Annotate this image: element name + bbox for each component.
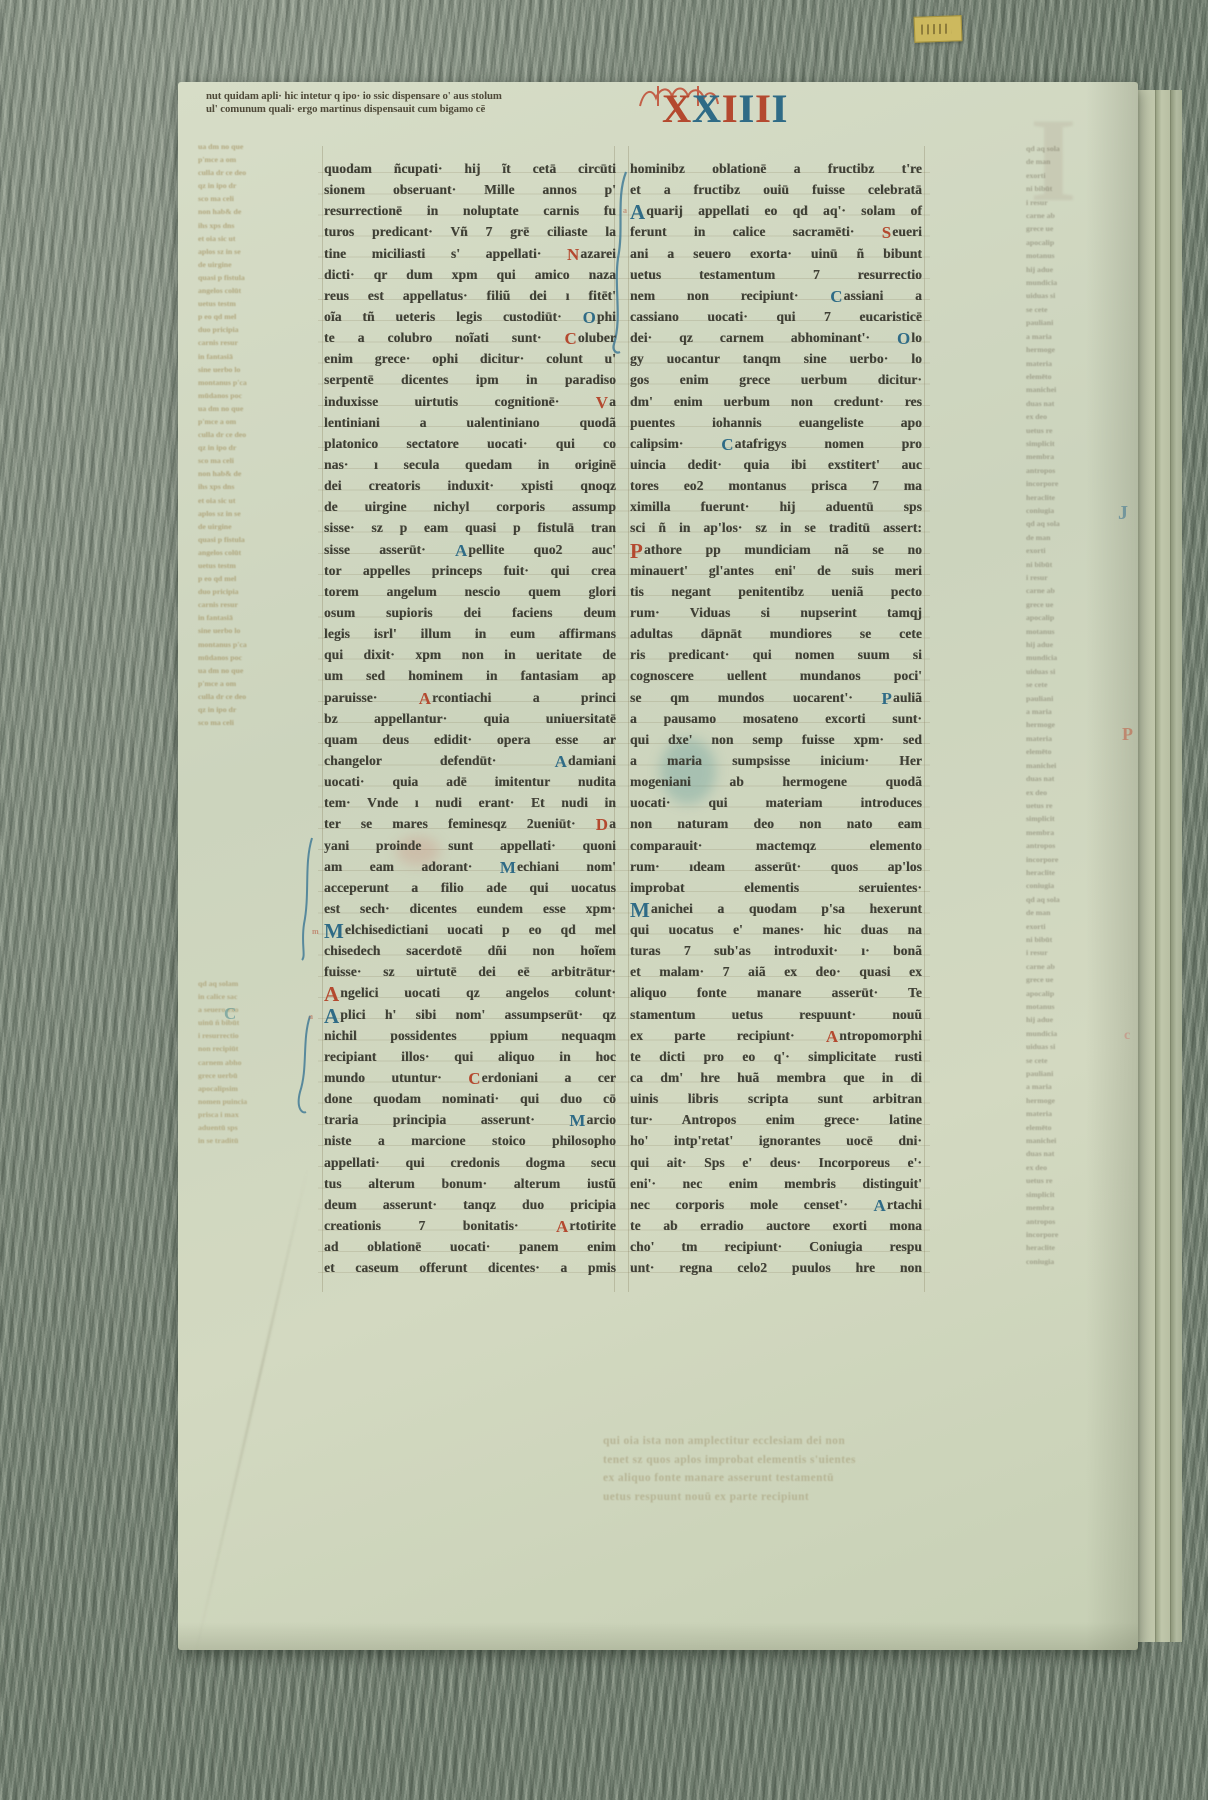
gloss-line: angelos colūt xyxy=(198,546,290,559)
gloss-line: coniugia xyxy=(1026,1255,1130,1268)
gloss-line: hermoge xyxy=(1026,1094,1130,1107)
gloss-line: coniugia xyxy=(1026,879,1130,892)
gloss-line: ex deo xyxy=(1026,786,1130,799)
gloss-line: et oia sic ut xyxy=(198,494,290,507)
gloss-line: membra xyxy=(1026,1201,1130,1214)
manuscript-text-line: Aquarij appellati eo qd aq'· solam of xyxy=(630,200,922,221)
gloss-line: exorti xyxy=(1026,169,1130,182)
manuscript-text-line: appellati· qui credonis dogma secu xyxy=(324,1152,616,1173)
gloss-line: ex deo xyxy=(1026,410,1130,423)
bottom-edge-shadow xyxy=(178,1622,1138,1650)
manuscript-text-line: mogeniani ab hermogene quodã xyxy=(630,771,922,792)
gloss-line: de man xyxy=(1026,906,1130,919)
gloss-line: incorpore xyxy=(1026,477,1130,490)
gloss-line: duo pricipia xyxy=(198,323,290,336)
parchment-leaf: nut quidam apli· hic intetur q ipo· io s… xyxy=(178,82,1138,1650)
decorated-initial: C xyxy=(468,1069,481,1088)
gloss-line: prisca i max xyxy=(198,1108,290,1121)
gloss-line: carne ab xyxy=(1026,960,1130,973)
gloss-line: apocalip xyxy=(1026,236,1130,249)
gloss-line: a seuero exo xyxy=(198,1003,290,1016)
gloss-line: pauliani xyxy=(1026,316,1130,329)
decorated-initial: A xyxy=(874,1196,887,1215)
manuscript-text-line: ter se mares feminesqz 2ueniūt· Da xyxy=(324,813,616,834)
decorated-initial: C xyxy=(565,329,578,348)
manuscript-text-line: cassiano uocati· qui 7 eucaristicē xyxy=(630,306,922,327)
gloss-line: in fantasiā xyxy=(198,611,290,624)
manuscript-text-line: lentiniani a ualentiniano quodã xyxy=(324,412,616,433)
manuscript-photo: nut quidam apli· hic intetur q ipo· io s… xyxy=(0,0,1208,1800)
gloss-line: montanus p'ca xyxy=(198,638,290,651)
manuscript-text-line: et caseum offerunt dicentes· a pmis xyxy=(324,1257,616,1278)
text-column-left: quodam ñcupati· hij ĩt cetā circūtisione… xyxy=(324,158,616,1278)
manuscript-text-line: tor appelles princeps fuit· qui crea xyxy=(324,560,616,581)
gloss-line: manichei xyxy=(1026,1134,1130,1147)
folio-numeral-letter: X xyxy=(662,88,692,130)
gloss-line: p eo qd mel xyxy=(198,310,290,323)
manuscript-text-line: Melchisedictiani uocati p eo qd mel xyxy=(324,919,616,940)
manuscript-text-line: uinis libris scripta sunt arbitran xyxy=(630,1088,922,1109)
gloss-line: antropos xyxy=(1026,1215,1130,1228)
gloss-line: uetus re xyxy=(1026,799,1130,812)
gloss-line: apocalipsim xyxy=(198,1082,290,1095)
gloss-line: angelos colūt xyxy=(198,284,290,297)
manuscript-text-line: tus alterum bonum· alterum iustũ xyxy=(324,1173,616,1194)
manuscript-text-line: gos enim grece uerbum dicitur· xyxy=(630,369,922,390)
manuscript-text-line: qui dxe' non semp fuisse xpm· sed xyxy=(630,729,922,750)
folio-numeral-letter: I xyxy=(755,88,772,130)
gloss-line: qz in ipo dr xyxy=(198,179,290,192)
folio-numeral-letter: I xyxy=(722,88,739,130)
manuscript-text-line: tem· Vnde ı nudi erant· Et nudi in xyxy=(324,792,616,813)
gloss-line: in se traditū xyxy=(198,1134,290,1147)
gloss-line: hij adue xyxy=(1026,1013,1130,1026)
manuscript-text-line: traria principia asserunt· Marcio xyxy=(324,1109,616,1130)
manuscript-text-line: a maria sumpsisse inicium· Her xyxy=(630,750,922,771)
gloss-line: i resur xyxy=(1026,946,1130,959)
manuscript-text-line: tur· Antropos enim grece· latine xyxy=(630,1109,922,1130)
gloss-line: uetus testm xyxy=(198,297,290,310)
gloss-line: se cete xyxy=(1026,1054,1130,1067)
gloss-line: carnis resur xyxy=(198,336,290,349)
manuscript-text-line: cho' tm recipiunt· Coniugia respu xyxy=(630,1236,922,1257)
gloss-line: qd aq sola xyxy=(1026,142,1130,155)
manuscript-text-line: sisse· sz p eam quasi p fistulā tran xyxy=(324,517,616,538)
manuscript-text-line: te dicti pro eo q'· simplicitate rusti xyxy=(630,1046,922,1067)
gloss-line: grece ue xyxy=(1026,598,1130,611)
decorated-initial: A xyxy=(419,689,432,708)
gloss-line: qui oia ista non amplectitur ecclesiam d… xyxy=(603,1432,1017,1451)
gloss-line: hij adue xyxy=(1026,638,1130,651)
decorated-initial: D xyxy=(596,815,609,834)
manuscript-text-line: minauert' gl'antes eni' de suis meri xyxy=(630,560,922,581)
decorated-initial: P xyxy=(630,539,644,563)
gloss-line: elemēto xyxy=(1026,370,1130,383)
manuscript-text-line: uincia dedit· quia ibi exstitert' auc xyxy=(630,454,922,475)
manuscript-text-line: calipsim· Catafrigys nomen pro xyxy=(630,433,922,454)
manuscript-text-line: dicti· qr dum xpm qui amico naza xyxy=(324,264,616,285)
manuscript-text-line: Aplici h' sibi nom' assumpserūt· qz xyxy=(324,1004,616,1025)
gloss-line: uiduas si xyxy=(1026,289,1130,302)
manuscript-text-line: fuisse· sz uirtutē dei eē arbitrātur· xyxy=(324,961,616,982)
manuscript-text-line: Angelici uocati qz angelos colunt· xyxy=(324,982,616,1003)
initial-flourish xyxy=(294,1012,316,1120)
manuscript-text-line: am eam adorant· Mechiani nom' xyxy=(324,856,616,877)
manuscript-text-line: se qm mundos uocarent'· Pauliã xyxy=(630,687,922,708)
manuscript-text-line: deum asserunt· tanqz duo pricipia xyxy=(324,1194,616,1215)
manuscript-text-line: ani a seuero exorta· uinū ñ bibunt xyxy=(630,243,922,264)
gloss-line: uetus testm xyxy=(198,559,290,572)
gloss-line: in calice sac xyxy=(198,990,290,1003)
manuscript-text-line: rum· ıdeam asserūt· quos ap'los xyxy=(630,856,922,877)
manuscript-text-line: enim grece· ophi dicitur· colunt u' xyxy=(324,348,616,369)
gloss-line: carnis resur xyxy=(198,598,290,611)
gloss-line: quasi p fistula xyxy=(198,533,290,546)
manuscript-text-line: um sed hominem in fantasiam ap xyxy=(324,665,616,686)
gloss-line: elemēto xyxy=(1026,745,1130,758)
decorated-initial: C xyxy=(830,287,843,306)
marginal-gloss-left-upper: ua dm no quep'mce a omculla dr ce deoqz … xyxy=(198,140,290,730)
manuscript-text-line: reus est appellatus· filiũ dei ı fitēt' xyxy=(324,285,616,306)
gloss-line: grece uerbū xyxy=(198,1069,290,1082)
manuscript-text-line: sisse asserūt· Apellite quo2 auc' xyxy=(324,539,616,560)
gloss-line: ua dm no que xyxy=(198,664,290,677)
gloss-line: de uirgine xyxy=(198,520,290,533)
gloss-line: duas nat xyxy=(1026,772,1130,785)
gloss-line: nomen puincia xyxy=(198,1095,290,1108)
decorated-initial: V xyxy=(596,393,609,412)
gloss-line: hermoge xyxy=(1026,718,1130,731)
gloss-line: sco ma celi xyxy=(198,454,290,467)
decorated-initial: M xyxy=(500,858,517,877)
gloss-line: motanus xyxy=(1026,625,1130,638)
gloss-line: uetus respuunt nouū ex parte recipiunt xyxy=(603,1488,1017,1507)
gloss-line: sine uerbo lo xyxy=(198,624,290,637)
manuscript-text-line: done quodam nominati· qui duo cō xyxy=(324,1088,616,1109)
manuscript-text-line: ca dm' hre huã membra que in di xyxy=(630,1067,922,1088)
gloss-line: apocalip xyxy=(1026,611,1130,624)
gloss-line: a maria xyxy=(1026,705,1130,718)
gloss-line: duas nat xyxy=(1026,397,1130,410)
gloss-line: p'mce a om xyxy=(198,677,290,690)
manuscript-text-line: osum supioris dei faciens deum xyxy=(324,602,616,623)
gloss-line: duo pricipia xyxy=(198,585,290,598)
manuscript-text-line: adultas dāpnāt mundiores se cete xyxy=(630,623,922,644)
manuscript-text-line: ho' intp'retat' ignorantes uocē dni· xyxy=(630,1130,922,1151)
gloss-line: mūdanos poc xyxy=(198,651,290,664)
gloss-line: mundicia xyxy=(1026,651,1130,664)
decorated-initial: A xyxy=(455,541,468,560)
decorated-initial: N xyxy=(567,245,580,264)
manuscript-text-line: yani proinde sunt appellati· quoni xyxy=(324,835,616,856)
gloss-line: ex deo xyxy=(1026,1161,1130,1174)
gloss-line: membra xyxy=(1026,450,1130,463)
gloss-line: grece ue xyxy=(1026,222,1130,235)
header-gloss-line-2: ul' comunum quali· ergo martinus dispens… xyxy=(206,103,485,117)
manuscript-text-line: aliquo fonte manare asserūt· Te xyxy=(630,982,922,1003)
manuscript-text-line: te a colubro noĩati sunt· Coluber xyxy=(324,327,616,348)
gloss-line: uinū ñ bibūt xyxy=(198,1016,290,1029)
manuscript-text-line: tores eo2 montanus prisca 7 ma xyxy=(630,475,922,496)
gloss-line: uetus re xyxy=(1026,1174,1130,1187)
gloss-line: simplicit xyxy=(1026,812,1130,825)
manuscript-text-line: oĩa tñ ueteris legis custodiūt· Ophi xyxy=(324,306,616,327)
initial-flourish xyxy=(298,834,318,964)
gloss-line: pauliani xyxy=(1026,1067,1130,1080)
gloss-line: qz in ipo dr xyxy=(198,441,290,454)
gloss-line: de man xyxy=(1026,155,1130,168)
manuscript-text-line: ad oblationē uocati· panem enim xyxy=(324,1236,616,1257)
gloss-line: culla dr ce deo xyxy=(198,690,290,703)
manuscript-text-line: rum· Viduas si nupserint tamqj xyxy=(630,602,922,623)
gloss-line: exorti xyxy=(1026,544,1130,557)
gloss-line: ni bibūt xyxy=(1026,933,1130,946)
gloss-line: incorpore xyxy=(1026,853,1130,866)
gloss-line: duas nat xyxy=(1026,1147,1130,1160)
gloss-line: p'mce a om xyxy=(198,415,290,428)
manuscript-text-line: mundo utuntur· Cerdoniani a cer xyxy=(324,1067,616,1088)
gloss-line: sine uerbo lo xyxy=(198,363,290,376)
gloss-line: mūdanos poc xyxy=(198,389,290,402)
gloss-line: quasi p fistula xyxy=(198,271,290,284)
gloss-line: ua dm no que xyxy=(198,402,290,415)
gloss-line: i resurrectio xyxy=(198,1029,290,1042)
folio-numeral-letter: X xyxy=(692,88,722,130)
gloss-line: manichei xyxy=(1026,383,1130,396)
decorated-initial: M xyxy=(569,1111,586,1130)
gloss-line: heraclite xyxy=(1026,866,1130,879)
gloss-line: non hab& de xyxy=(198,205,290,218)
decorated-initial: S xyxy=(882,223,893,242)
manuscript-text-line: non naturam deo non nato eam xyxy=(630,813,922,834)
gloss-line: ihs xps dns xyxy=(198,480,290,493)
gloss-line: incorpore xyxy=(1026,1228,1130,1241)
gloss-line: ex aliquo fonte manare asserunt testamen… xyxy=(603,1469,1017,1488)
gloss-line: antropos xyxy=(1026,464,1130,477)
gloss-line: et oia sic ut xyxy=(198,232,290,245)
page-edge-strip-3 xyxy=(1170,90,1182,1642)
shelf-tag-writing xyxy=(921,24,951,35)
manuscript-text-line: stamentum uetus respuunt· nouũ xyxy=(630,1004,922,1025)
gloss-line: uiduas si xyxy=(1026,665,1130,678)
gloss-line: membra xyxy=(1026,826,1130,839)
manuscript-text-line: chisedech sacerdotē dñi non hoĩem xyxy=(324,940,616,961)
text-column-right: hominibz oblationē a fructibz t'reet a f… xyxy=(630,158,922,1278)
page-edge-strip-2 xyxy=(1155,90,1170,1642)
gloss-line: qd aq sola xyxy=(1026,517,1130,530)
gloss-line: exorti xyxy=(1026,920,1130,933)
manuscript-text-line: qui dixit· xpm non in ueritate de xyxy=(324,644,616,665)
gloss-line: mundicia xyxy=(1026,276,1130,289)
gloss-line: ni bibūt xyxy=(1026,558,1130,571)
manuscript-text-line: ex parte recipiunt· Antropomorphi xyxy=(630,1025,922,1046)
gloss-line: materia xyxy=(1026,357,1130,370)
gloss-line: carne ab xyxy=(1026,584,1130,597)
manuscript-text-line: bz appellantur· quia uniuersitatē xyxy=(324,708,616,729)
manuscript-text-line: nas· ı secula quedam in originē xyxy=(324,454,616,475)
gloss-line: aplos sz in se xyxy=(198,245,290,258)
manuscript-text-line: qui ait· Sps e' deus· Incorporeus e'· xyxy=(630,1152,922,1173)
gloss-line: tenet sz quos aplos improbat elementis s… xyxy=(603,1451,1017,1470)
gloss-line: motanus xyxy=(1026,249,1130,262)
manuscript-text-line: nem non recipiunt· Cassiani a xyxy=(630,285,922,306)
decorated-initial: A xyxy=(555,752,568,771)
manuscript-text-line: dei creatoris induxit· xpisti qnoqz xyxy=(324,475,616,496)
gloss-line: motanus xyxy=(1026,1000,1130,1013)
manuscript-text-line: hominibz oblationē a fructibz t're xyxy=(630,158,922,179)
manuscript-text-line: recipiant illos· qui aliquo in hoc xyxy=(324,1046,616,1067)
gloss-line: se cete xyxy=(1026,303,1130,316)
gloss-line: aduentū sps xyxy=(198,1121,290,1134)
gloss-line: manichei xyxy=(1026,759,1130,772)
manuscript-text-line: et a fructibz ouiū fuisse celebratā xyxy=(630,179,922,200)
bottom-show-through-text: qui oia ista non amplectitur ecclesiam d… xyxy=(603,1432,1017,1512)
manuscript-text-line: a pausamo mosateno excorti sunt· xyxy=(630,708,922,729)
manuscript-text-line: torem angelum nescio quem glori xyxy=(324,581,616,602)
ruling-vertical xyxy=(924,146,925,1292)
gloss-line: ua dm no que xyxy=(198,140,290,153)
manuscript-text-line: et malam· 7 aiã ex deo· quasi ex xyxy=(630,961,922,982)
gloss-line: aplos sz in se xyxy=(198,507,290,520)
gloss-line: p eo qd mel xyxy=(198,572,290,585)
manuscript-text-line: sionem obseruant· Mille annos p' xyxy=(324,179,616,200)
gloss-line: ihs xps dns xyxy=(198,219,290,232)
manuscript-text-line: nichil possidentes ppium nequaqm xyxy=(324,1025,616,1046)
decorated-initial: O xyxy=(583,308,597,327)
manuscript-text-line: ferunt in calice sacramēti· Seueri xyxy=(630,221,922,242)
manuscript-text-line: serpentē dicentes ipm in paradiso xyxy=(324,369,616,390)
gloss-line: qd aq sola xyxy=(1026,893,1130,906)
manuscript-text-line: qui uocatus e' manes· hic duas na xyxy=(630,919,922,940)
folio-number: XXIIII xyxy=(662,82,788,130)
manuscript-text-line: quodam ñcupati· hij ĩt cetā circūti xyxy=(324,158,616,179)
manuscript-text-line: induxisse uirtutis cognitionē· Va xyxy=(324,391,616,412)
decorated-initial: P xyxy=(882,689,893,708)
ruling-vertical xyxy=(322,146,323,1292)
marginal-gloss-right: qd aq solade manexortini bibūti resurcar… xyxy=(1026,142,1130,1294)
gloss-line: montanus p'ca xyxy=(198,376,290,389)
decorated-initial: A xyxy=(556,1217,569,1236)
gloss-line: hij adue xyxy=(1026,263,1130,276)
manuscript-text-line: dei· qz carnem abhominant'· Olo xyxy=(630,327,922,348)
manuscript-text-line: uetus testamentum 7 resurrectio xyxy=(630,264,922,285)
manuscript-text-line: eni'· nec enim membris distinguit' xyxy=(630,1173,922,1194)
decorated-initial: O xyxy=(897,329,911,348)
gloss-line: sco ma celi xyxy=(198,192,290,205)
gloss-line: mundicia xyxy=(1026,1027,1130,1040)
header-gloss-line-1: nut quidam apli· hic intetur q ipo· io s… xyxy=(206,90,502,104)
gloss-line: hermoge xyxy=(1026,343,1130,356)
manuscript-text-line: de uirgine nichyl corporis assump xyxy=(324,496,616,517)
gloss-line: de uirgine xyxy=(198,258,290,271)
manuscript-text-line: quam deus edidit· opera esse ar xyxy=(324,729,616,750)
gloss-line: de man xyxy=(1026,531,1130,544)
decorated-initial: A xyxy=(324,982,340,1006)
gloss-line: grece ue xyxy=(1026,973,1130,986)
manuscript-text-line: turos predicant· Vñ 7 grē ciliaste la xyxy=(324,221,616,242)
folio-numeral-letter: I xyxy=(738,88,755,130)
gloss-line: non recipiūt xyxy=(198,1042,290,1055)
manuscript-text-line: est sech· dicentes eundem esse xpm· xyxy=(324,898,616,919)
gloss-line: heraclite xyxy=(1026,1241,1130,1254)
gloss-line: qd aq solam xyxy=(198,977,290,990)
manuscript-text-line: acceperunt a filio ade qui uocatus xyxy=(324,877,616,898)
manuscript-text-line: legis isrl' illum in eum affirmans xyxy=(324,623,616,644)
gloss-line: simplicit xyxy=(1026,437,1130,450)
gloss-line: se cete xyxy=(1026,678,1130,691)
gloss-line: a maria xyxy=(1026,1080,1130,1093)
decorated-initial: C xyxy=(721,435,734,454)
gloss-line: non hab& de xyxy=(198,467,290,480)
gloss-line: sco ma celi xyxy=(198,716,290,729)
manuscript-text-line: creationis 7 bonitatis· Artotirite xyxy=(324,1215,616,1236)
manuscript-text-line: turas 7 sub'as introduxit· ı· bonã xyxy=(630,940,922,961)
gloss-line: p'mce a om xyxy=(198,153,290,166)
manuscript-text-line: tis negant penitentibz ueniã pecto xyxy=(630,581,922,602)
gloss-line: materia xyxy=(1026,1107,1130,1120)
manuscript-text-line: comparauit· mactemqz elemento xyxy=(630,835,922,856)
manuscript-text-line: Manichei a quodam p'sa hexerunt xyxy=(630,898,922,919)
gloss-line: carnem abho xyxy=(198,1056,290,1069)
gloss-line: pauliani xyxy=(1026,692,1130,705)
manuscript-text-line: puentes iohannis euangeliste apo xyxy=(630,412,922,433)
gloss-line: a maria xyxy=(1026,330,1130,343)
manuscript-text-line: ximilla fuerunt· hij aduentū sps xyxy=(630,496,922,517)
gloss-line: in fantasiā xyxy=(198,350,290,363)
decorated-initial: A xyxy=(826,1027,839,1046)
manuscript-text-line: changelor defendūt· Adamiani xyxy=(324,750,616,771)
manuscript-text-line: te ab erradio auctore exorti mona xyxy=(630,1215,922,1236)
gloss-line: i resur xyxy=(1026,571,1130,584)
manuscript-text-line: uocati· quia adē imitentur nudita xyxy=(324,771,616,792)
manuscript-text-line: cognoscere uellent mundanos poci' xyxy=(630,665,922,686)
gloss-line: materia xyxy=(1026,732,1130,745)
parchment-crease xyxy=(190,1168,309,1675)
gloss-line: uiduas si xyxy=(1026,1040,1130,1053)
folio-numeral-letter: I xyxy=(772,88,789,130)
manuscript-text-line: Pathore pp mundiciam nã se no xyxy=(630,539,922,560)
manuscript-text-line: improbat elementis seruientes· xyxy=(630,877,922,898)
gloss-line: i resur xyxy=(1026,196,1130,209)
gloss-line: culla dr ce deo xyxy=(198,428,290,441)
manuscript-text-line: resurrectionē in noluptate carnis fu xyxy=(324,200,616,221)
manuscript-text-line: niste a marcione stoico philosopho xyxy=(324,1130,616,1151)
gloss-line: culla dr ce deo xyxy=(198,166,290,179)
gloss-line: heraclite xyxy=(1026,491,1130,504)
gloss-line: qz in ipo dr xyxy=(198,703,290,716)
gloss-line: elemēto xyxy=(1026,1121,1130,1134)
gloss-line: uetus re xyxy=(1026,424,1130,437)
manuscript-text-line: ris predicant· qui nomen suum si xyxy=(630,644,922,665)
manuscript-text-line: tine miciliasti s' appellati· Nazarei xyxy=(324,243,616,264)
shelf-tag xyxy=(914,15,963,43)
manuscript-text-line: platonico sectatore uocati· qui co xyxy=(324,433,616,454)
gloss-line: apocalip xyxy=(1026,987,1130,1000)
marginal-gloss-left-lower: qd aq solamin calice saca seuero exouinū… xyxy=(198,977,290,1149)
gloss-line: antropos xyxy=(1026,839,1130,852)
manuscript-text-line: uocati· qui materiam introduces xyxy=(630,792,922,813)
manuscript-text-line: paruisse· Arcontiachi a princi xyxy=(324,687,616,708)
gloss-line: carne ab xyxy=(1026,209,1130,222)
gloss-line: simplicit xyxy=(1026,1188,1130,1201)
manuscript-text-line: nec corporis mole censet'· Artachi xyxy=(630,1194,922,1215)
manuscript-text-line: dm' enim uerbum non credunt· res xyxy=(630,391,922,412)
manuscript-text-line: unt· regna celo2 puulos hre non xyxy=(630,1257,922,1278)
manuscript-text-line: sci ñ in ap'los· sz in se traditū assert… xyxy=(630,517,922,538)
gloss-line: coniugia xyxy=(1026,504,1130,517)
gloss-line: ni bibūt xyxy=(1026,182,1130,195)
manuscript-text-line: gy uocantur tanqm sine uerbo· lo xyxy=(630,348,922,369)
